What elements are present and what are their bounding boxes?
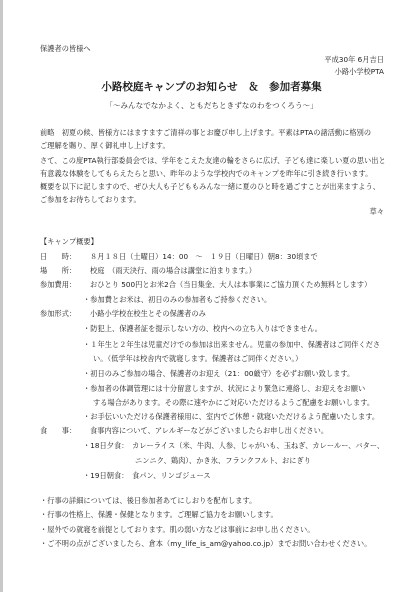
footer-note: ・屋外での就寝を前提としております。肌の弱い方などは事前にお申し出ください。 [40,525,314,534]
document-title: 小路校庭キャンプのお知らせ ＆ 参加者募集 [3,81,420,94]
participation-note: ・お手伝いいただける保護者様用に、室内でご休憩・就寝いただけるよう配慮いたします… [83,412,379,421]
greeting-line: ご参加をお待ちしております。 [40,195,385,204]
location-value: 校庭 （雨天決行、雨の場合は講堂に泊まります。） [90,266,256,275]
organization: 小路小学校PTA [335,67,384,76]
fee-note: ・参加費とお米は、初日のみの参加者もご持参ください。 [83,295,271,304]
participation-note-cont: する場合があります。その際に速やかにご対応いただけるようご配慮をお願いします。 [93,398,374,407]
greeting-line: 有意義な体験をしてもらえたらと思い、昨年のような学校内でのキャンプを昨年に引き続… [40,169,385,178]
overview-heading: 【キャンプ概要】 [40,237,98,246]
document-page: 保護者の皆様へ 平成30年 6月吉日 小路小学校PTA 小路校庭キャンプのお知ら… [3,0,420,592]
greeting-line: さて、この度PTA執行部委員会では、学年をこえた友達の輪をさらに広げ、子ども達に… [40,156,385,165]
closing: 草々 [370,207,384,216]
participation-note: ・１年生と２年生は児童だけでの参加は出来ません。児童の参加中、保護者はご同伴くだ… [83,340,380,349]
meal-item: ・18日夕食： カレーライス（米、牛肉、人参、じゃがいも、玉ねぎ、カレールー、バ… [83,441,384,450]
document-subtitle: 「～みんなでなかよく、ともだちときずなのわをつくろう～」 [3,100,420,111]
greeting-line: 前略 初夏の候、皆様方にはますますご清祥の事とお慶び申し上げます。平素はPTAの… [40,128,385,137]
document-date: 平成30年 6月吉日 [324,55,384,64]
participation-note: ・参加者の体調管理には十分留意しますが、状況により緊急に連絡し、お迎えをお願い [83,384,365,393]
participation-value: 小路小学校在校生とその保護者のみ [90,309,206,318]
fee-value: おひとり 500円とお米2合（当日集金、大人は本事業にご協力頂くため無料とします… [90,280,371,289]
addressee: 保護者の皆様へ [40,44,91,53]
meals-value: 食事内容について、アレルギーなどがございましたらお申し出ください。 [90,426,328,435]
datetime-value: ８月１８日（土曜日）14：00 ～ １９日（日曜日）朝8：30頃まで [90,252,318,261]
participation-note-cont: い。（低学年は校舎内で就寝します。保護者はご同伴ください。） [93,354,302,363]
greeting-line: ご理解を賜り、厚く御礼申し上げます。 [40,141,385,150]
participation-note: ・初日のみご参加の場合、保護者のお迎え（21：00厳守）を必ずお願い致します。 [83,369,354,378]
greeting-line: 概要を以下に記しますので、ぜひ大人も子どももみんな一緒に夏のひと時を過ごすことが… [40,182,385,191]
meal-item-cont: ニンニク、鶏肉）、かき氷、フランクフルト、おにぎり [135,456,311,465]
footer-note: ・行事の詳細については、後日参加者あてにしおりを配布します。 [40,496,256,505]
meal-item: ・19日朝食： 食パン、リンゴジュース [83,471,211,480]
footer-note-contact: ・ご不明の点がございましたら、倉本（my_life_is_am@yahoo.co… [40,539,371,548]
footer-note: ・行事の性格上、保護・保健となります。ご理解ご協力をお願いします。 [40,510,278,519]
participation-note: ・防犯上、保護者証を提示しない方の、校内への立ち入りはできません。 [83,324,322,333]
